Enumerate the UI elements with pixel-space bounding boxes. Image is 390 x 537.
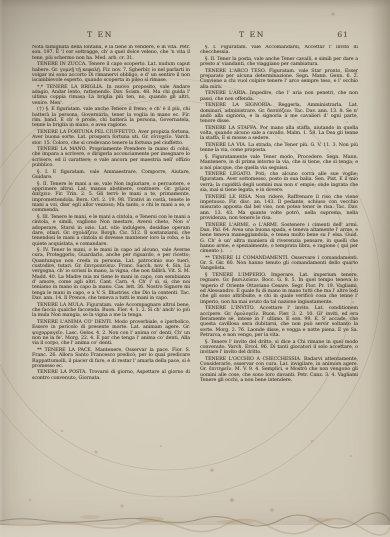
text-column-left: Nota famigliata della lontana, e la tien… bbox=[32, 45, 190, 437]
entry-paragraph: TENERE LEGATO. Poti; che alcuno corra al… bbox=[200, 172, 358, 193]
scanned-book-page: T EN T EN 61 Nota famigliata della lonta… bbox=[0, 0, 390, 537]
entry-paragraph: §. I. Figuratam. vale Accomandarsi, Acce… bbox=[200, 45, 358, 56]
entry-paragraph: TENERE L'ANIMA CO' DENTI. Modo proverbia… bbox=[32, 320, 190, 347]
entry-paragraph: TENERE L'ARIA. Impedire, che l' aria non… bbox=[200, 91, 358, 102]
entry-paragraph: TENERE L'OCCHIO A CHECCHESSIA. Badarvi a… bbox=[200, 357, 358, 384]
entry-paragraph: TENERE LA VIA. La strada, che Tener più.… bbox=[200, 143, 358, 154]
entry-paragraph: §. II. Tenere le mani a se, vale Non ing… bbox=[32, 182, 190, 214]
running-head-left: T EN bbox=[76, 30, 124, 39]
entry-paragraph: §. Tenere l' invito del dritto, si dice … bbox=[200, 340, 358, 356]
entry-paragraph: ** TENERE LA PACE. Mantenere, Osservar l… bbox=[32, 348, 190, 369]
entry-paragraph: TENERE LA STAFFA. Por mano alla staffa, … bbox=[200, 126, 358, 142]
entry-paragraph: §. II. Tener la posta, vale anche Tener … bbox=[200, 57, 358, 68]
entry-paragraph: *,* TENERE LA BRIGLIA. In nuovo proposit… bbox=[32, 85, 190, 106]
entry-paragraph: § TENERE L'IMPERIO. Imperare. Lat. imper… bbox=[200, 273, 358, 305]
entry-paragraph: §. IV. Tener le mani, o le mani in capo … bbox=[32, 248, 190, 301]
entry-paragraph: TENERE LA MULA. Figuratam. vale Accompag… bbox=[32, 303, 190, 319]
next-page-edge bbox=[0, 525, 390, 537]
entry-paragraph: TENERE LE RISA. Non ridere, Raffrenare i… bbox=[200, 195, 358, 222]
entry-paragraph: §. Figuratamente vale Tener modo, Proced… bbox=[200, 155, 358, 171]
entry-paragraph: §. III. Tenere le mani, e le mani a cint… bbox=[32, 215, 190, 247]
entry-paragraph: TENERE L'ARCO TESO. Figuratam. vale Star… bbox=[200, 69, 358, 90]
entry-paragraph: TENERE L'ARME, o L'ARMI. Sostenere i cim… bbox=[200, 223, 358, 255]
entry-paragraph: TENERE LA MANO. Propriamente Prendere la… bbox=[32, 147, 190, 168]
text-column-right: §. I. Figuratam. vale Accomandarsi, Acce… bbox=[200, 45, 358, 437]
entry-paragraph: Nota famigliata della lontana, e la tien… bbox=[32, 45, 190, 61]
entry-paragraph: TENERE LA FORTUNA PEL CIUFFETTO. Aver pr… bbox=[32, 130, 190, 146]
entry-paragraph: ** TENERE LI COMANDAMENTI. Osservare i c… bbox=[200, 256, 358, 272]
running-head-right: T EN bbox=[226, 30, 278, 39]
entry-paragraph: TENERE LA SIGNORIA. Reggerla, Amministra… bbox=[200, 103, 358, 124]
entry-paragraph: TENERE IN ZUCCA. Tenere il capo scoperto… bbox=[32, 62, 190, 83]
entry-paragraph: TENERE LA POSTA. Trovarsi di giorno, Asp… bbox=[32, 370, 190, 381]
page-number: 61 bbox=[330, 30, 356, 39]
entry-paragraph: §. I. E figuratam. vale Ammaestrare, Com… bbox=[32, 170, 190, 181]
entry-paragraph: (†) §. E figuratam. vale anche Tenere il… bbox=[32, 107, 190, 128]
entry-paragraph: TENERE L'INVITO. Accettare l' invito. La… bbox=[200, 306, 358, 338]
